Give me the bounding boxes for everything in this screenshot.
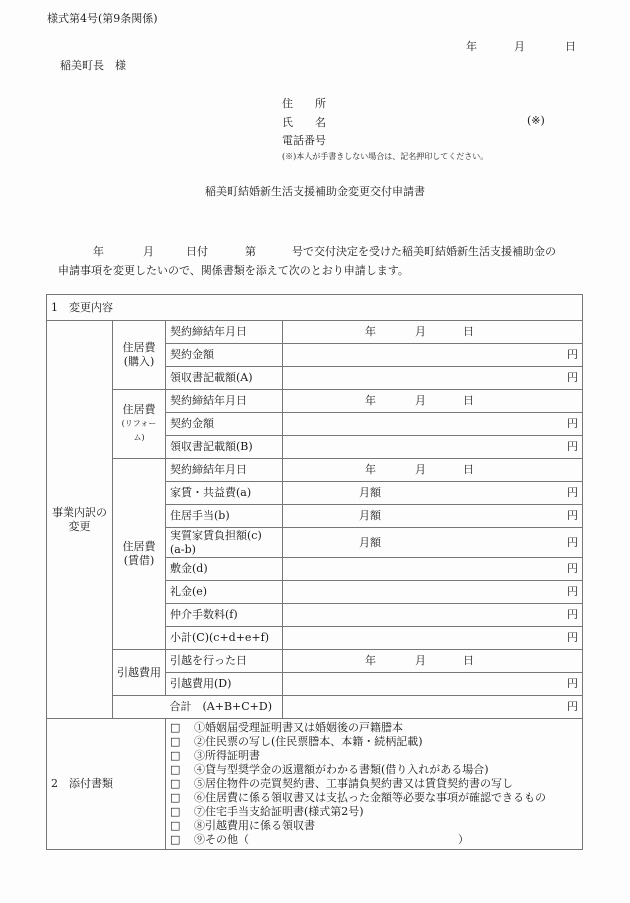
item-label: 小計(C)(c+d+e+f)	[166, 627, 283, 650]
document-item[interactable]: □⑥住居費に係る領収書又は支払った金額等必要な事項が確認できるもの	[170, 791, 578, 805]
monthly-amount-field[interactable]: 月額円	[283, 505, 583, 528]
phone-label: 電話番号	[282, 132, 326, 148]
intro-month: 月	[143, 243, 154, 259]
item-label: 引越を行った日	[166, 650, 283, 673]
form-number: 様式第4号(第9条関係)	[47, 10, 158, 26]
group-moving-label: 引越費用	[113, 650, 166, 696]
item-label: 実質家賃負担額(c)(a-b)	[166, 528, 283, 558]
total-amount-field[interactable]: 円	[283, 696, 583, 719]
total-label: 合計 (A+B+C+D)	[113, 696, 283, 719]
checkbox[interactable]: □	[170, 819, 194, 833]
document-item[interactable]: □①婚姻届受理証明書又は婚姻後の戸籍謄本	[170, 721, 578, 735]
item-label: 契約金額	[166, 413, 283, 436]
checkbox[interactable]: □	[170, 805, 194, 819]
checkbox[interactable]: □	[170, 749, 194, 763]
document-item[interactable]: □③所得証明書	[170, 749, 578, 763]
item-label: 礼金(e)	[166, 581, 283, 604]
item-label: 領収書記載額(A)	[166, 367, 283, 390]
date-month-label: 月	[514, 38, 525, 54]
intro-year: 年	[93, 243, 104, 259]
monthly-amount-field[interactable]: 月額円	[283, 528, 583, 558]
category-label: 事業内訳の 変更	[47, 321, 113, 719]
item-label: 領収書記載額(B)	[166, 436, 283, 459]
item-label: 契約金額	[166, 344, 283, 367]
group-rental-label: 住居費(賃借)	[113, 459, 166, 650]
document-title: 稲美町結婚新生活支援補助金変更交付申請書	[0, 183, 630, 199]
intro-number-prefix: 第	[245, 243, 256, 259]
documents-list: □①婚姻届受理証明書又は婚姻後の戸籍謄本 □②住民票の写し(住民票謄本、本籍・続…	[166, 719, 583, 850]
item-label: 仲介手数料(f)	[166, 604, 283, 627]
date-field[interactable]: 年月日	[283, 459, 583, 482]
item-label: 契約締結年月日	[166, 321, 283, 344]
monthly-amount-field[interactable]: 月額円	[283, 482, 583, 505]
seal-note: (※)本人が手書きしない場合は、記名押印してください。	[282, 151, 488, 162]
item-label: 家賃・共益費(a)	[166, 482, 283, 505]
checkbox[interactable]: □	[170, 777, 194, 791]
amount-field[interactable]: 円	[283, 367, 583, 390]
item-label: 敷金(d)	[166, 558, 283, 581]
date-field[interactable]: 年月日	[283, 390, 583, 413]
checkbox[interactable]: □	[170, 735, 194, 749]
seal-mark: (※)	[527, 114, 545, 127]
item-label: 住居手当(b)	[166, 505, 283, 528]
amount-field[interactable]: 円	[283, 604, 583, 627]
item-label: 引越費用(D)	[166, 673, 283, 696]
date-field[interactable]: 年月日	[283, 650, 583, 673]
name-label: 氏 名	[282, 114, 326, 130]
amount-field[interactable]: 円	[283, 673, 583, 696]
checkbox[interactable]: □	[170, 721, 194, 735]
amount-field[interactable]: 円	[283, 436, 583, 459]
amount-field[interactable]: 円	[283, 413, 583, 436]
application-table: 1 変更内容 事業内訳の 変更 住居費(購入) 契約締結年月日 年月日 契約金額…	[46, 294, 583, 850]
item-label: 契約締結年月日	[166, 390, 283, 413]
address-label: 住 所	[282, 95, 326, 111]
item-label: 契約締結年月日	[166, 459, 283, 482]
section2-heading: 2 添付書類	[47, 719, 166, 850]
date-field[interactable]: 年月日	[283, 321, 583, 344]
checkbox[interactable]: □	[170, 833, 194, 847]
checkbox[interactable]: □	[170, 791, 194, 805]
document-item[interactable]: □⑧引越費用に係る領収書	[170, 819, 578, 833]
intro-line2: 申請事項を変更したいので、関係書類を添えて次のとおり申請します。	[58, 262, 409, 278]
document-item[interactable]: □⑨その他（ ）	[170, 833, 578, 847]
document-item[interactable]: □⑤居住物件の売買契約書、工事請負契約書又は賃貸契約書の写し	[170, 777, 578, 791]
document-item[interactable]: □④貸与型奨学金の返還額がわかる書類(借り入れがある場合)	[170, 763, 578, 777]
checkbox[interactable]: □	[170, 763, 194, 777]
amount-field[interactable]: 円	[283, 627, 583, 650]
document-item[interactable]: □⑦住宅手当支給証明書(様式第2号)	[170, 805, 578, 819]
document-item[interactable]: □②住民票の写し(住民票謄本、本籍・続柄記載)	[170, 735, 578, 749]
amount-field[interactable]: 円	[283, 558, 583, 581]
group-purchase-label: 住居費(購入)	[113, 321, 166, 390]
date-day-label: 日	[565, 38, 576, 54]
intro-day-dated: 日付	[186, 243, 208, 259]
amount-field[interactable]: 円	[283, 344, 583, 367]
addressee: 稲美町長 様	[60, 57, 126, 73]
amount-field[interactable]: 円	[283, 581, 583, 604]
group-reform-label: 住居費(リフォーム)	[113, 390, 166, 459]
intro-line1: 号で交付決定を受けた稲美町結婚新生活支援補助金の	[292, 243, 556, 259]
date-year-label: 年	[466, 38, 477, 54]
section1-heading: 1 変更内容	[47, 295, 583, 321]
